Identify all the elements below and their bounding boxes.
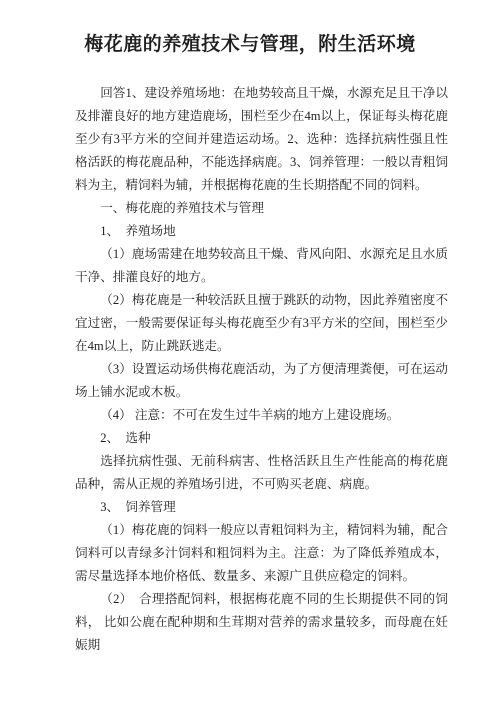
document-body: 回答1、建设养殖场地：在地势较高且干燥，水源充足且干净以及排灌良好的地方建造鹿场…	[0, 82, 500, 657]
paragraph-seed-selection: 选择抗病性强、无前科病害、性格活跃且生产性能高的梅花鹿品种，需从正规的养殖场引进…	[75, 450, 448, 496]
paragraph-stocking-density: （2）梅花鹿是一种较活跃且擅于跳跃的动物，因此养殖密度不宜过密，一般需要保证每头…	[75, 289, 448, 358]
subsection-heading-feeding-management: 3、 饲养管理	[75, 496, 448, 519]
subsection-heading-seed-selection: 2、 选种	[75, 427, 448, 450]
paragraph-site-location: （1）鹿场需建在地势较高且干燥、背风向阳、水源充足且水质干净、排灌良好的地方。	[75, 243, 448, 289]
paragraph-site-caution: （4） 注意：不可在发生过牛羊病的地方上建设鹿场。	[75, 404, 448, 427]
document-page: 梅花鹿的养殖技术与管理，附生活环境 回答1、建设养殖场地：在地势较高且干燥，水源…	[0, 0, 500, 707]
document-title: 梅花鹿的养殖技术与管理，附生活环境	[0, 31, 500, 58]
section-heading-techniques: 一、梅花鹿的养殖技术与管理	[75, 197, 448, 220]
paragraph-exercise-field: （3）设置运动场供梅花鹿活动，为了方便清理粪便，可在运动场上铺水泥或木板。	[75, 358, 448, 404]
answer-summary-paragraph: 回答1、建设养殖场地：在地势较高且干燥，水源充足且干净以及排灌良好的地方建造鹿场…	[75, 82, 448, 197]
subsection-heading-breeding-site: 1、 养殖场地	[75, 220, 448, 243]
paragraph-feed-matching: （2） 合理搭配饲料，根据梅花鹿不同的生长期提供不同的饲料， 比如公鹿在配种期和…	[75, 588, 448, 657]
paragraph-feed-composition: （1）梅花鹿的饲料一般应以青粗饲料为主，精饲料为辅，配合饲料可以青绿多汁饲料和粗…	[75, 519, 448, 588]
